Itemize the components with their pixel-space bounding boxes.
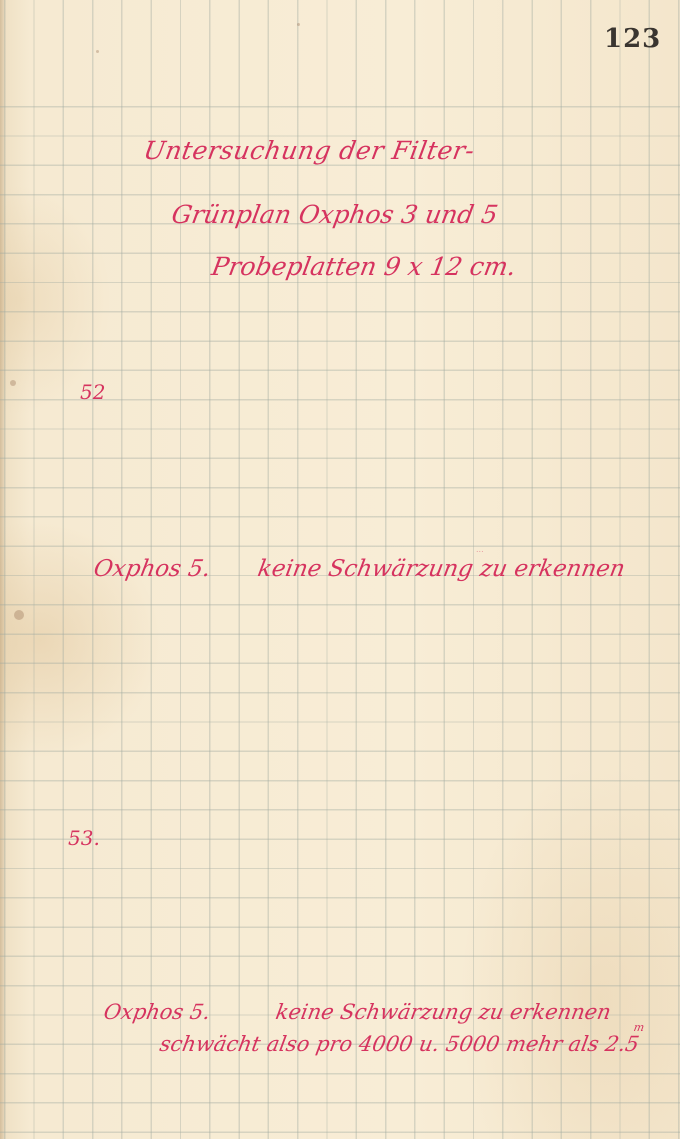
entry-text: keine Schwärzung zu erkennen xyxy=(256,556,627,582)
page-number: 123 xyxy=(604,24,661,54)
heading-line-1: Untersuchung der Filter- xyxy=(141,136,477,165)
entry-text: keine Schwärzung zu erkennen xyxy=(274,1000,613,1024)
entry-number: 53. xyxy=(68,826,100,850)
stain xyxy=(297,23,300,26)
heading-line-2: Grünplan Oxphos 3 und 5 xyxy=(169,200,500,229)
stain xyxy=(96,50,99,53)
continuation-text: schwächt also pro 4000 u. 5000 mehr als … xyxy=(158,1032,641,1056)
notebook-page: 123 Untersuchung der Filter- Grünplan Ox… xyxy=(0,0,680,1139)
stain xyxy=(10,380,16,386)
stain xyxy=(14,610,24,620)
heading-line-3: Probeplatten 9 x 12 cm. xyxy=(209,252,518,281)
entry-label: Oxphos 5. xyxy=(92,556,213,582)
entry-number: 52 xyxy=(80,380,105,404)
entry-annotation: ... xyxy=(476,545,484,554)
entry-label: Oxphos 5. xyxy=(102,1000,212,1024)
entry-continuation: schwächt also pro 4000 u. 5000 mehr als … xyxy=(158,1032,644,1056)
